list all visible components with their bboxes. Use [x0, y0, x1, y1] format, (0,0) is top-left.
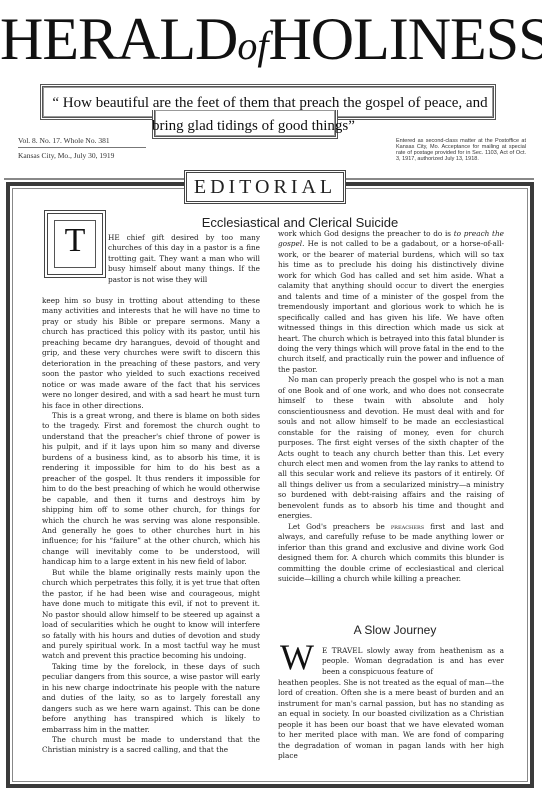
paragraph: Let God's preachers be preachers first a… — [278, 522, 504, 585]
opening-paragraph: E TRAVEL slowly away from heathenism as … — [322, 646, 504, 677]
motto-line-1: “ How beautiful are the feet of them tha… — [40, 95, 500, 112]
paragraph: heathen peoples. She is not treated as t… — [278, 678, 504, 762]
article-2-opening: E TRAVEL slowly away from heathenism as … — [322, 646, 504, 677]
paragraph: But while the blame originally rests mai… — [42, 568, 260, 662]
text-run: He is not called to be a gadabout, or a … — [278, 239, 504, 373]
left-column: keep him so busy in trotting about atten… — [42, 296, 260, 756]
section-label: EDITORIAL — [184, 170, 346, 204]
opening-paragraph: HE chief gift desired by too many church… — [108, 233, 260, 285]
text-run: work which God designs the preacher to d… — [278, 229, 454, 238]
place-date: Kansas City, Mo., July 30, 1919 — [18, 151, 146, 160]
paragraph: This is a great wrong, and there is blam… — [42, 411, 260, 568]
motto-line-2: bring glad tidings of good things” — [152, 118, 338, 135]
article-2-body: heathen peoples. She is not treated as t… — [278, 678, 504, 762]
volume-info: Vol. 8. No. 17. Whole No. 381 — [18, 136, 146, 148]
smallcaps-text: preachers — [391, 523, 424, 531]
right-column: work which God designs the preacher to d… — [278, 229, 504, 584]
article-2-title: A Slow Journey — [300, 623, 490, 637]
text-run: Let God's preachers be — [288, 522, 391, 531]
dropcap-letter-2: W — [280, 640, 314, 674]
article-title: Ecclesiastical and Clerical Suicide — [160, 215, 440, 230]
paragraph: No man can properly preach the gospel wh… — [278, 375, 504, 521]
dropcap-letter: T — [54, 220, 96, 268]
masthead-holiness: HOLINESS — [268, 6, 542, 72]
paragraph: Taking time by the forelock, in these da… — [42, 662, 260, 735]
postal-notice: Entered as second-class matter at the Po… — [396, 138, 526, 162]
paragraph: keep him so busy in trotting about atten… — [42, 296, 260, 411]
dropcap-frame: T — [44, 210, 106, 278]
paragraph: The church must be made to understand th… — [42, 735, 260, 756]
masthead-of: of — [237, 23, 268, 68]
masthead-title: HERALDofHOLINESS — [0, 6, 542, 79]
article-opening: HE chief gift desired by too many church… — [108, 233, 260, 285]
paragraph: work which God designs the preacher to d… — [278, 229, 504, 375]
masthead-herald: HERALD — [0, 6, 237, 72]
